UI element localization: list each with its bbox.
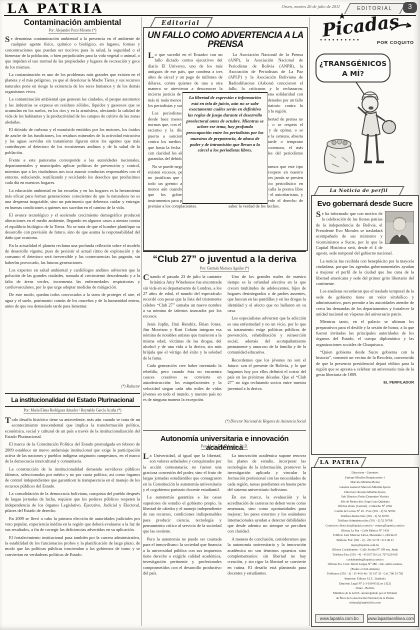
cartoon-bubble-line2: A MÍ? xyxy=(342,69,364,78)
masthead-info: Directores - Gerentes:Enrique Miralles B… xyxy=(315,471,415,609)
website-link-1: www.lapatria.com.bo xyxy=(315,614,364,623)
club27-byline: Por: Germán Mariaca Aguilar (*) xyxy=(143,266,306,273)
article1-body: Se denomina contaminación ambiental a la… xyxy=(5,36,140,383)
website-link-2: www.lapatriaenlinea.com xyxy=(367,614,416,623)
autonomia-dropcap: L xyxy=(143,453,149,460)
club27-title: “Club 27” o juventud a la deriva xyxy=(143,254,306,265)
autonomia-body: La Universidad, al igual que la libertad… xyxy=(143,453,306,626)
article1-title: Contaminación ambiental xyxy=(5,18,140,27)
separator xyxy=(143,251,306,252)
editorial-box: UN FALLO COMO ADVERTENCIA A LA PRENSA Lo… xyxy=(143,27,308,251)
dots-decoration: •••••••••• xyxy=(320,38,361,44)
newspaper-page: LA PATRIA Oruro, martes 26 de julio de 2… xyxy=(0,0,420,630)
editorial-pull-quote: La libertad de expresión e información e… xyxy=(182,92,268,204)
noticia-body: Se ha informado que con motivo de la cel… xyxy=(316,211,414,439)
arrow-icon xyxy=(390,20,416,34)
club27-footnote: (*) Director Nacional de Hogares de Asis… xyxy=(143,419,306,426)
article1-footnote: (*) Redactor xyxy=(5,384,140,391)
masthead-box: Directores - Gerentes:Enrique Miralles B… xyxy=(311,467,419,627)
noticia-box: Evo gobernará desde Sucre Se ha informad… xyxy=(311,195,419,455)
cartoon-bubble-line1: ¿TRANSGÉNICOS xyxy=(319,59,386,68)
autonomia-byline: Por: Mario Díaz Morales, Ph.D. xyxy=(143,444,306,451)
article2-dropcap: T xyxy=(5,417,11,424)
noticia-dropcap: S xyxy=(316,211,321,218)
article1-dropcap: S xyxy=(5,36,10,43)
picadas-header: ★ Picadas •••••••••• POR COQUITO xyxy=(312,14,416,52)
noticia-signoff: EL PERFILADOR xyxy=(316,380,414,385)
article2-byline: Por: María Elena Rodríguez Amador / Reyn… xyxy=(5,408,140,415)
article1-byline: Por: Alejandro Pozo Moreno (*) xyxy=(5,28,140,35)
transgenicos-cartoon: ¿TRANSGÉNICOS A MÍ? xyxy=(312,52,416,184)
club27-dropcap: C xyxy=(143,274,149,281)
article2-title: La institucionalidad del Estado Plurinac… xyxy=(5,393,140,407)
noticia-headline: Evo gobernará desde Sucre xyxy=(314,199,416,208)
page-number-badge: 3 xyxy=(403,2,417,13)
separator xyxy=(143,430,306,431)
club27-body: Cuando el pasado 23 de julio la cantante… xyxy=(143,274,306,417)
editorial-headline: UN FALLO COMO ADVERTENCIA A LA PRENSA xyxy=(146,31,305,50)
dateline: Oruro, martes 26 de julio de 2011 xyxy=(225,4,340,12)
picadas-credit: POR COQUITO xyxy=(377,40,414,45)
article2-body: Todo desafío histórico tiene su antecede… xyxy=(5,417,140,626)
evo-portrait-photo xyxy=(385,211,414,244)
editorial-dropcap: L xyxy=(148,52,154,59)
column-rule-right xyxy=(309,17,310,626)
column-rule-left xyxy=(141,17,142,626)
